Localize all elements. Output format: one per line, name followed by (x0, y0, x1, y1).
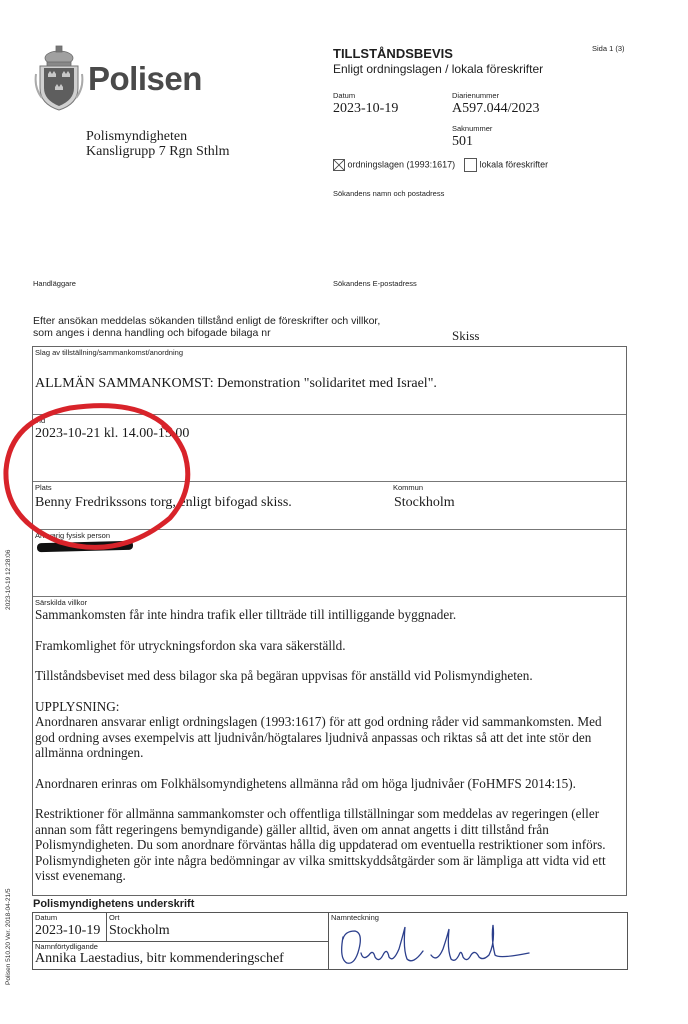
sig-namnteckning-cell: Namnteckning (329, 913, 627, 969)
upplysning-paragraph: Restriktioner för allmänna sammankomster… (35, 806, 624, 884)
upplysning-paragraph: Anordnaren ansvarar enligt ordningslagen… (35, 714, 624, 761)
row-villkor: Särskilda villkor Sammankomsten får inte… (33, 596, 626, 898)
handlaggare-label: Handläggare (33, 279, 76, 288)
sig-datum-cell: Datum 2023-10-19 (33, 913, 107, 942)
sig-datum-value: 2023-10-19 (35, 923, 100, 939)
intro-line1: Efter ansökan meddelas sökanden tillstån… (33, 315, 380, 327)
checkbox-lokala[interactable] (464, 158, 477, 172)
upplysning-heading: UPPLYSNING: (35, 699, 624, 715)
villkor-item: Framkomlighet för utryckningsfordon ska … (35, 638, 624, 654)
sig-namnfortydligande-label: Namnförtydligande (35, 942, 98, 951)
diarienummer-label: Diarienummer (452, 91, 499, 100)
intro-line2: som anges i denna handling och bifogade … (33, 327, 380, 339)
kommun-label: Kommun (393, 483, 423, 492)
datum-label: Datum (333, 91, 355, 100)
sender-name: Polismyndigheten (86, 129, 230, 144)
bilaga-value: Skiss (452, 328, 479, 344)
sender-address: Polismyndigheten Kansligrupp 7 Rgn Sthlm (86, 129, 230, 159)
upplysning-paragraph: Anordnaren erinras om Folkhälsomyndighet… (35, 776, 624, 792)
sig-ort-value: Stockholm (109, 923, 170, 939)
signature-heading: Polismyndighetens underskrift (33, 898, 194, 910)
checkbox-lokala-label: lokala föreskrifter (480, 159, 549, 169)
checkmark-x-icon (334, 160, 344, 170)
kommun-value: Stockholm (394, 495, 455, 511)
villkor-item: Tillståndsbeviset med dess bilagor ska p… (35, 668, 624, 684)
checkbox-ordningslagen-label: ordningslagen (1993:1617) (348, 159, 456, 169)
police-crest-icon (34, 44, 84, 112)
document-subtitle: Enligt ordningslagen / lokala föreskrift… (333, 62, 543, 76)
sig-datum-label: Datum (35, 913, 57, 922)
signature-table: Datum 2023-10-19 Ort Stockholm Namnförty… (32, 912, 628, 970)
slag-label: Slag av tillställning/sammankomst/anordn… (35, 348, 183, 357)
saknummer-value: 501 (452, 134, 473, 150)
sig-namnfortydligande-cell: Namnförtydligande Annika Laestadius, bit… (33, 942, 329, 969)
document-title: TILLSTÅNDSBEVIS (333, 46, 453, 61)
villkor-item: Sammankomsten får inte hindra trafik ell… (35, 607, 624, 623)
sender-unit: Kansligrupp 7 Rgn Sthlm (86, 144, 230, 159)
checkbox-ordningslagen[interactable] (333, 159, 345, 171)
intro-text: Efter ansökan meddelas sökanden tillstån… (33, 315, 380, 339)
red-circle-annotation (0, 400, 200, 560)
slag-value: ALLMÄN SAMMANKOMST: Demonstration "solid… (35, 376, 437, 392)
sig-namnfortydligande-value: Annika Laestadius, bitr kommenderingsche… (35, 951, 284, 967)
villkor-label: Särskilda villkor (35, 598, 624, 607)
sokande-email-label: Sökandens E-postadress (333, 279, 417, 288)
handwritten-signature (333, 919, 533, 967)
logo-text: Polisen (88, 60, 202, 98)
sig-ort-cell: Ort Stockholm (107, 913, 329, 942)
margin-form-id: Polisen 510.20 Ver. 2018-04-21/5 (5, 889, 12, 986)
page-number: Sida 1 (3) (592, 44, 625, 53)
sokande-namn-label: Sökandens namn och postadress (333, 189, 444, 198)
datum-value: 2023-10-19 (333, 101, 398, 117)
law-checkboxes: ordningslagen (1993:1617) lokala föreskr… (333, 158, 548, 172)
diarienummer-value: A597.044/2023 (452, 101, 540, 117)
sig-ort-label: Ort (109, 913, 119, 922)
saknummer-label: Saknummer (452, 124, 492, 133)
